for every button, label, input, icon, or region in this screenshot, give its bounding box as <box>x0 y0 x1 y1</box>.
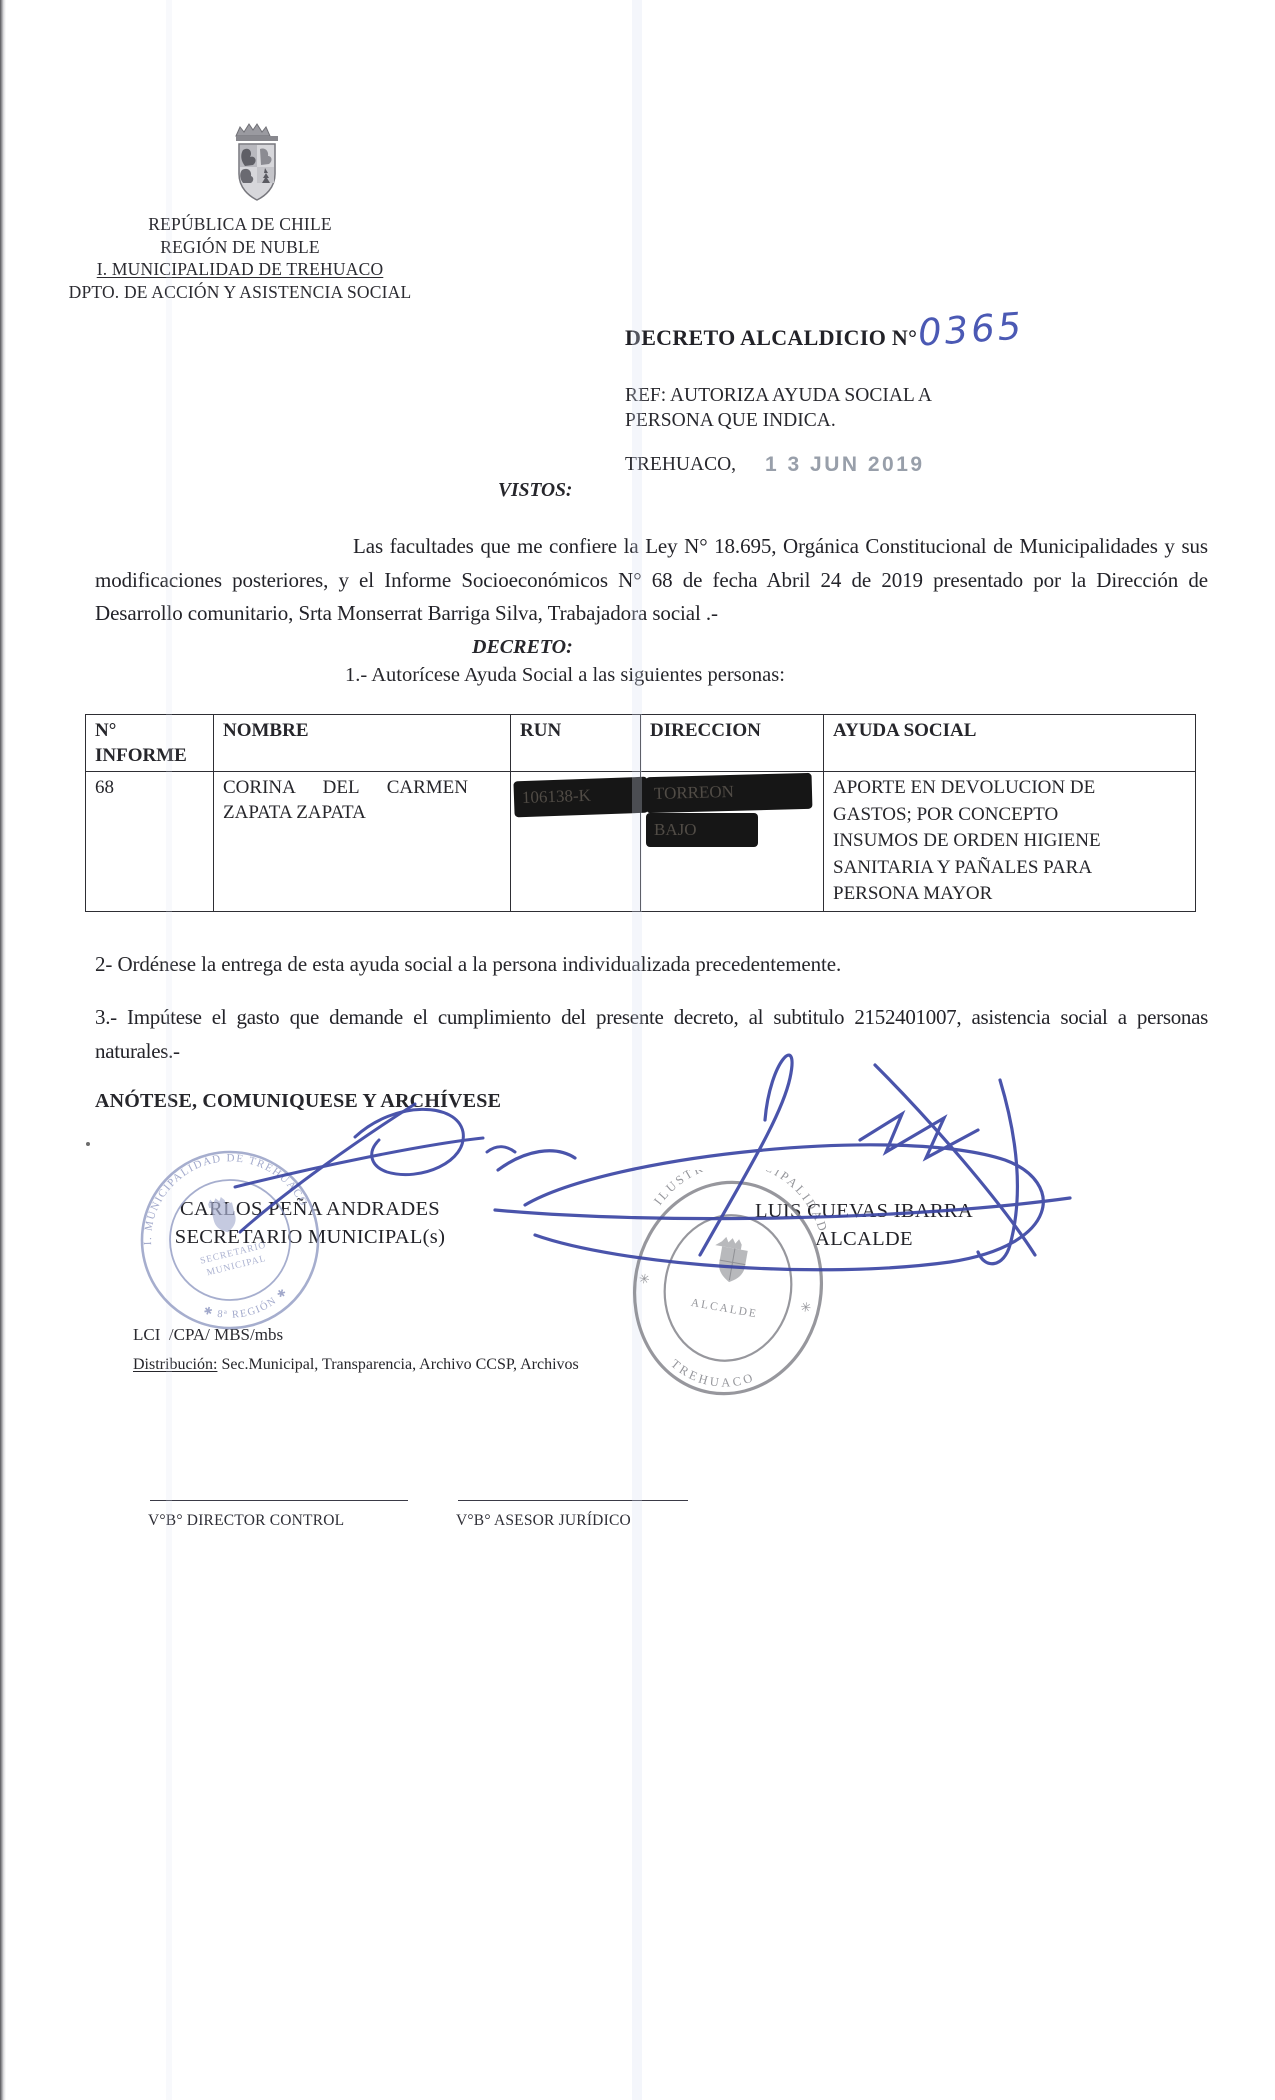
alcalde-name-block: LUIS CUEVAS IBARRA ALCALDE <box>728 1200 1000 1251</box>
alcalde-role: ALCALDE <box>728 1228 1000 1251</box>
vistos-label: VISTOS: <box>498 480 572 502</box>
ayuda-text: APORTE EN DEVOLUCION DE GASTOS; POR CONC… <box>833 775 1135 908</box>
vistos-paragraph: Las facultades que me confiere la Ley N°… <box>95 530 1208 631</box>
closing-line: ANÓTESE, COMUNIQUESE Y ARCHÍVESE <box>95 1090 501 1113</box>
initials-line: LCI /CPA/ MBS/mbs <box>133 1325 283 1345</box>
col-header-run: RUN <box>511 715 641 772</box>
cell-ayuda: APORTE EN DEVOLUCION DE GASTOS; POR CONC… <box>824 772 1196 912</box>
distribution-value: Sec.Municipal, Transparencia, Archivo CC… <box>221 1356 578 1373</box>
beneficiaries-table: N° INFORME NOMBRE RUN DIRECCION AYUDA SO… <box>85 714 1196 912</box>
alcalde-stamp-star-right: ✳ <box>799 1299 812 1316</box>
letterhead-municipality: I. MUNICIPALIDAD DE TREHUACO <box>55 258 425 281</box>
distribution-line: Distribución: Sec.Municipal, Transparenc… <box>133 1356 579 1374</box>
ref-line2: PERSONA QUE INDICA. <box>625 408 1055 433</box>
municipal-coat-of-arms-icon <box>228 120 286 208</box>
vb-control-signature-line <box>150 1500 408 1501</box>
alcalde-stamp-center: ALCALDE <box>690 1297 759 1321</box>
letterhead-country: REPÚBLICA DE CHILE <box>55 213 425 236</box>
secretario-role: SECRETARIO MUNICIPAL(s) <box>155 1226 465 1249</box>
table-row: 68 CORINA DEL CARMEN ZAPATA ZAPATA 10613… <box>86 772 1196 912</box>
article-1: 1.- Autorícese Ayuda Social a las siguie… <box>345 664 785 687</box>
letterhead-region: REGIÓN DE NUBLE <box>55 236 425 259</box>
scanned-decree-page: REPÚBLICA DE CHILE REGIÓN DE NUBLE I. MU… <box>0 0 1275 2100</box>
direccion-redaction-1: TORREON <box>646 773 813 813</box>
run-redaction: 106138-K <box>513 777 648 818</box>
secretario-stamp-ring-bottom: ✱ 8ª REGIÓN ✱ <box>200 1284 294 1330</box>
svg-text:✱ 8ª REGIÓN ✱: ✱ 8ª REGIÓN ✱ <box>200 1284 294 1330</box>
direccion-redaction-2: BAJO <box>646 813 758 847</box>
place-label: TREHUACO, <box>625 452 736 477</box>
vb-juridico-signature-line <box>458 1500 688 1501</box>
stray-ink-dot <box>86 1142 90 1146</box>
vb-juridico-label: V°B° ASESOR JURÍDICO <box>456 1512 631 1530</box>
ref-line1: REF: AUTORIZA AYUDA SOCIAL A <box>625 383 1055 408</box>
decreto-label: DECRETO: <box>472 636 573 659</box>
cell-informe: 68 <box>86 772 214 912</box>
reference-block: REF: AUTORIZA AYUDA SOCIAL A PERSONA QUE… <box>625 383 1055 433</box>
secretario-name-block: CARLOS PEÑA ANDRADES SECRETARIO MUNICIPA… <box>155 1198 465 1249</box>
col-header-ayuda: AYUDA SOCIAL <box>824 715 1196 772</box>
article-3: 3.- Impútese el gasto que demande el cum… <box>95 1000 1208 1068</box>
decree-number-handwritten: 0365 <box>917 304 1026 354</box>
vb-control-label: V°B° DIRECTOR CONTROL <box>148 1512 344 1530</box>
article-2: 2- Ordénese la entrega de esta ayuda soc… <box>95 952 841 977</box>
decree-title: DECRETO ALCALDICIO N° <box>625 325 917 351</box>
alcalde-stamp-star-left: ✳ <box>638 1270 651 1287</box>
col-header-direccion: DIRECCION <box>641 715 824 772</box>
letterhead-department: DPTO. DE ACCIÓN Y ASISTENCIA SOCIAL <box>55 281 425 304</box>
distribution-label: Distribución: <box>133 1356 217 1373</box>
date-stamp: 1 3 JUN 2019 <box>765 453 925 477</box>
svg-text:TREHUACO: TREHUACO <box>666 1355 759 1396</box>
nombre-text: CORINA DEL CARMEN ZAPATA ZAPATA <box>223 775 468 825</box>
col-header-informe: N° INFORME <box>86 715 214 772</box>
secretario-stamp-center-2: MUNICIPAL <box>206 1254 268 1278</box>
alcalde-stamp-ring-bottom: TREHUACO <box>666 1355 759 1396</box>
col-header-nombre: NOMBRE <box>214 715 511 772</box>
cell-run: 106138-K <box>511 772 641 912</box>
letterhead: REPÚBLICA DE CHILE REGIÓN DE NUBLE I. MU… <box>55 213 425 303</box>
cell-nombre: CORINA DEL CARMEN ZAPATA ZAPATA <box>214 772 511 912</box>
alcalde-name: LUIS CUEVAS IBARRA <box>728 1200 1000 1223</box>
cell-direccion: TORREON BAJO <box>641 772 824 912</box>
secretario-name: CARLOS PEÑA ANDRADES <box>155 1198 465 1221</box>
